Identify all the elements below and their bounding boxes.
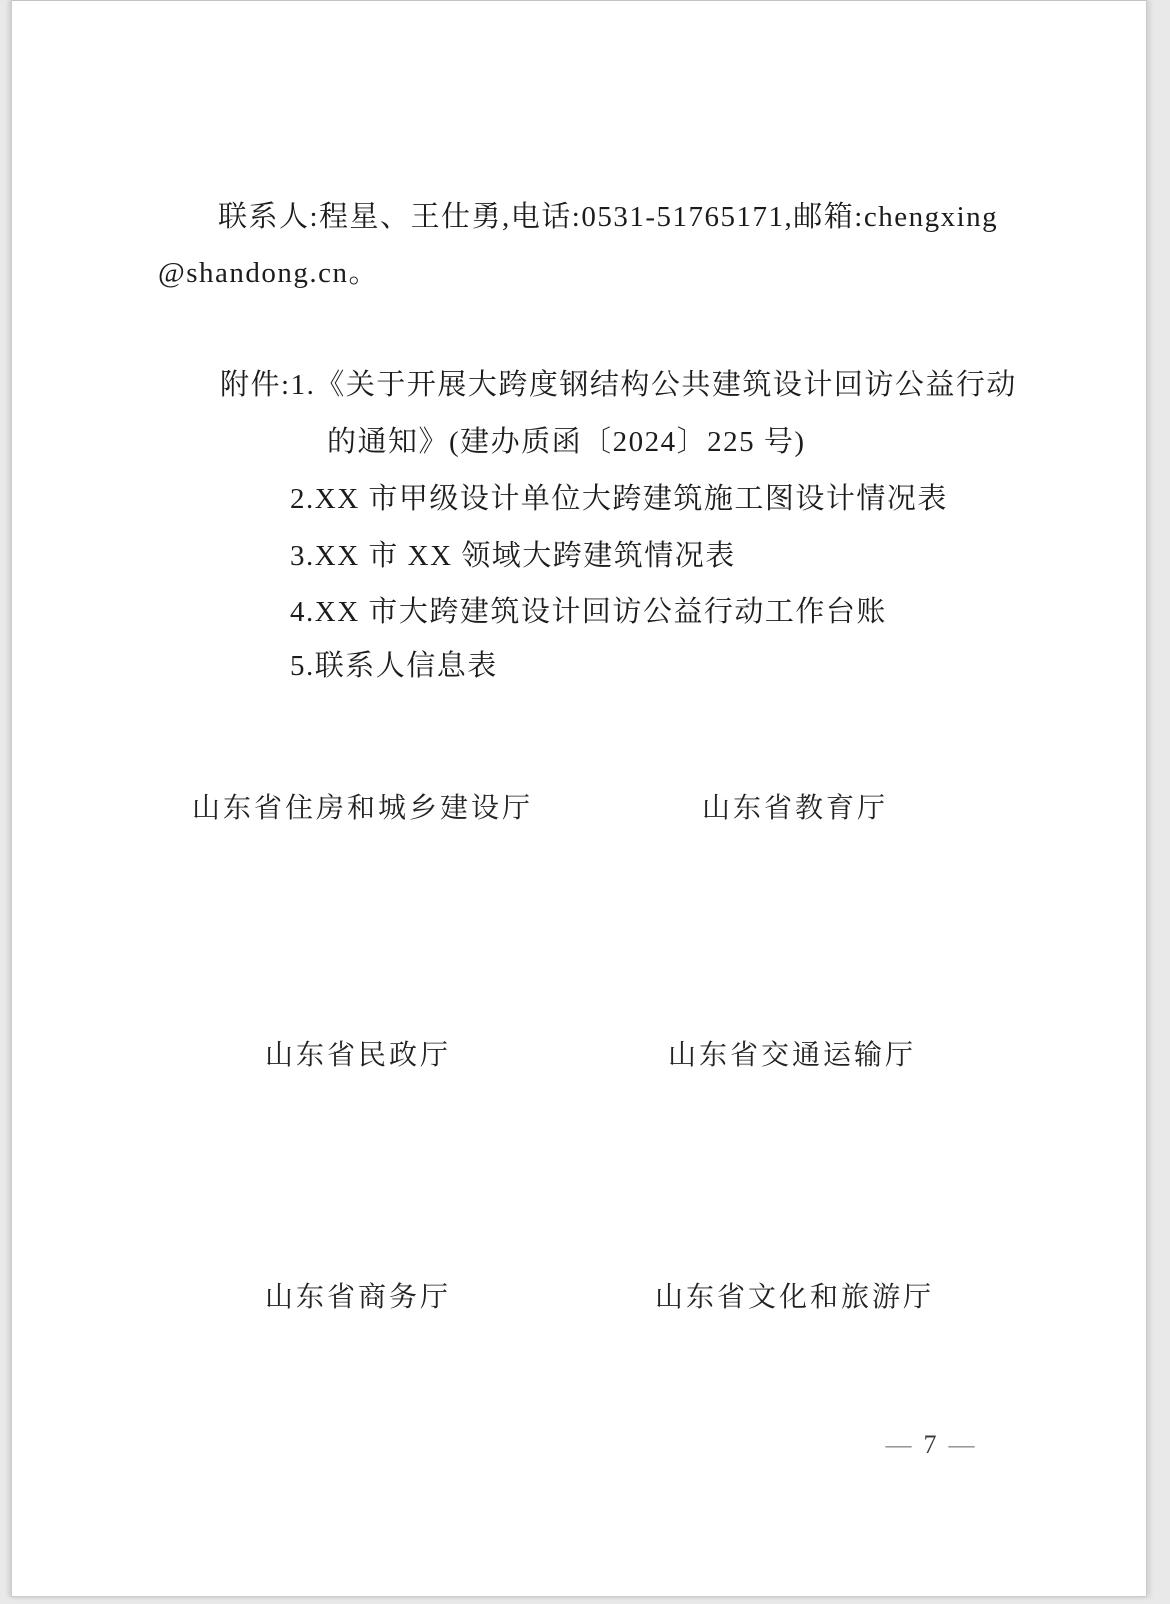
page-number-left-dash: —: [874, 1430, 924, 1459]
page-number: 7: [924, 1430, 937, 1459]
attachment-item-3: 3.XX 市 XX 领域大跨建筑情况表: [290, 538, 736, 574]
attachments-heading-line: 附件:1.《关于开展大跨度钢结构公共建筑设计回访公益行动: [220, 367, 1017, 403]
signature-dept-civil-affairs: 山东省民政厅: [265, 1039, 451, 1073]
document-viewer: 联系人:程星、王仕勇,电话:0531-51765171,邮箱:chengxing…: [0, 0, 1170, 1604]
page-number-right-dash: —: [937, 1430, 987, 1459]
contact-line-2: @shandong.cn。: [158, 255, 379, 291]
page-number-footer: —7—: [830, 1430, 1030, 1460]
attachment-item-1-line-2: 的通知》(建办质函〔2024〕225 号): [327, 424, 806, 460]
attachments-label: 附件:: [220, 369, 291, 401]
attachment-item-5: 5.联系人信息表: [290, 648, 498, 684]
attachment-item-1-line-1: 1.《关于开展大跨度钢结构公共建筑设计回访公益行动: [291, 369, 1017, 401]
signature-dept-culture-tourism: 山东省文化和旅游厅: [655, 1281, 934, 1315]
document-page: [11, 0, 1147, 1597]
signature-dept-transport: 山东省交通运输厅: [668, 1039, 916, 1073]
signature-dept-housing-construction: 山东省住房和城乡建设厅: [192, 792, 533, 826]
signature-dept-education: 山东省教育厅: [702, 792, 888, 826]
contact-line-1: 联系人:程星、王仕勇,电话:0531-51765171,邮箱:chengxing: [218, 199, 998, 235]
attachment-item-2: 2.XX 市甲级设计单位大跨建筑施工图设计情况表: [290, 481, 948, 517]
signature-dept-commerce: 山东省商务厅: [265, 1281, 451, 1315]
attachment-item-4: 4.XX 市大跨建筑设计回访公益行动工作台账: [290, 594, 887, 630]
